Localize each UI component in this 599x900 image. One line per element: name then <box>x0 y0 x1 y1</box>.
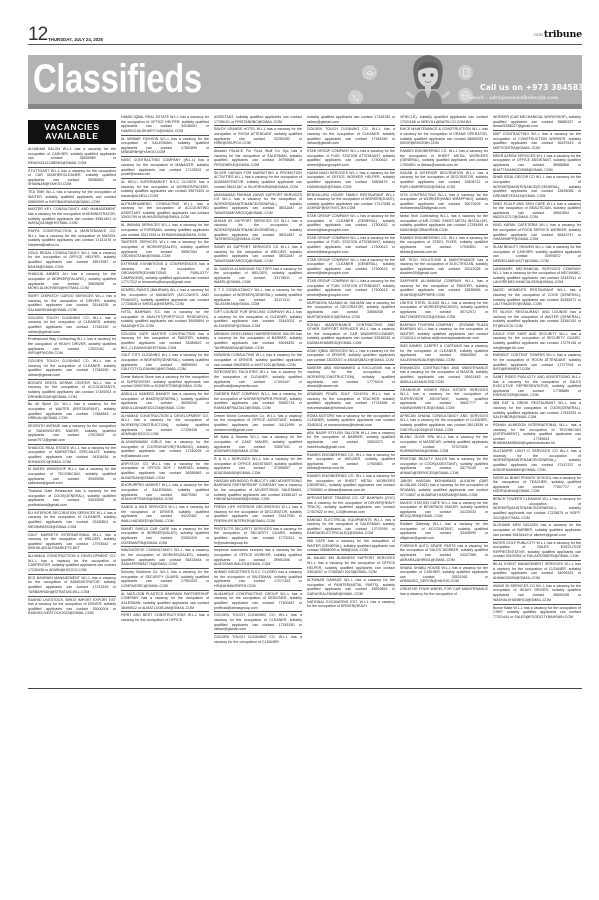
classified-ad: BENGALURU HOUSE FAMILY RESTAURANT W.L.L … <box>307 192 395 214</box>
classified-ad: UNITED STEEL GLASS W.L.L has a vacancy f… <box>400 300 488 322</box>
classified-ad: SANDS & MILE SERVICES W.L.L has a vacanc… <box>121 504 209 526</box>
classified-ad: SAVOY GRANDE HOTEL W.L.L has a vacancy f… <box>214 126 302 148</box>
column-1: VACANCIES AVAILABLE ALHAKAM SALON W.L.L … <box>28 114 116 686</box>
cartoon-woman-illustration <box>406 55 450 107</box>
ad-list: suitably qualified applicants can contac… <box>307 114 395 610</box>
classified-ad: PROTECTS SECURITY SERVICES has a vacancy… <box>214 526 302 548</box>
classified-ad: ABU NASIR STYLISH SALOON W.L.L has a vac… <box>307 430 395 452</box>
classified-ad: SAINT RIDES PUBLICITY AND ADVERTISING W.… <box>493 374 581 400</box>
column-3: ASSISTANT, suitably qualified applicants… <box>214 114 302 686</box>
classified-ad: RT BLOCK RESTAURANT AND LOUNGE has a vac… <box>493 309 581 331</box>
call-us-text: Call us on +973 38458394 <box>480 83 582 92</box>
ad-list: WORKER (CAR MECHANICAL WORKSHOP), suitab… <box>493 114 581 621</box>
classified-ad: EAGLE FOR SAFE AND SECURITY W.L.L has a … <box>493 331 581 353</box>
classified-ad: MR TECH SOLUTIONS & MAINTENANCE has a va… <box>400 257 488 279</box>
ad-list: ALHAKAM SALON W.L.L has a vacancy for th… <box>28 146 116 617</box>
classified-ad: VITA CONTRACTING W.L.L has a vacancy for… <box>400 192 488 214</box>
classified-ad: ALHAMAD CONSTRUCTION & DEVELOPMENT CO. W… <box>121 413 209 439</box>
bottom-rule <box>28 688 582 689</box>
classified-ad: SLAM BEAUTY HEAVEN W.L.L has a vacancy f… <box>493 244 581 266</box>
page-header: 12 THURSDAY, JULY 24, 2025 GDNtribune <box>28 26 582 45</box>
classified-ad: SAGAB & INTERIOR DECORATION W.L.L has a … <box>400 170 488 192</box>
classified-ad: EMCE MAINTENANCE & CONSTRUCTION W.L.L ha… <box>400 126 488 148</box>
classified-ad: KHADIJA AHMED ALI has a vacancy for the … <box>28 271 116 293</box>
classified-ad: GARDEN PAST COMPANY W.L.L has a vacancy … <box>214 391 302 413</box>
classified-ad: ALHAMAD CONSTRUCTION & DEVELOPMENT CO. W… <box>28 553 116 575</box>
classified-ad: WORKER (CAR MECHANICAL WORKSHOP), suitab… <box>493 114 581 131</box>
classified-ad: BOGARI DENTA DERMA CENTER W.L.L has a va… <box>28 380 116 402</box>
classified-ad: GOLDEN TOUCH CLEANING CO. W.L.L has a va… <box>28 315 116 337</box>
classified-ad: AL MISBAR FASHION W.L.L has a vacancy fo… <box>121 136 209 158</box>
classified-ad: GOLD REGAL CONSULTANCY W.L.L has a vacan… <box>28 250 116 272</box>
classified-ad: GOLDEN TOUCH CLEANING CO. W.L.L has a va… <box>214 612 302 634</box>
classifieds-banner: Classifieds Call us on +973 38458394 <box>28 55 582 109</box>
classified-ad: ARPITECH CO W.L.L has a vacancy for the … <box>121 461 209 483</box>
classified-ad: AWAIS 99 SERVICES CO W.L.L has a vacancy… <box>493 583 581 605</box>
heading-line-2: AVAILABLE <box>28 132 116 141</box>
classified-ad: NASS CONTRACTING COMPANY (W.L.L) has a v… <box>121 157 209 179</box>
classified-ad: FIRST AND BEST CONSTRUCTIONS W.L.L has a… <box>121 612 209 623</box>
classified-ad: CREATIVE FOUR WHEEL FOR CAR MAINTENANCE … <box>400 586 488 597</box>
classified-ad: suitably qualified applicants can contac… <box>307 114 395 126</box>
page-date: THURSDAY, JULY 24, 2025 <box>48 37 103 42</box>
classified-ad: AL MATLOOB PLASTICS BAHRAINI PARTNERSHIP… <box>121 591 209 613</box>
classified-ad: ALJAHARAWAN GIRLS has a vacancy for the … <box>121 439 209 461</box>
classified-ad: HITOL BAHRAIN S.C has a vacancy for the … <box>121 309 209 331</box>
classified-ad: Professional Way Contracting W.L.L has a… <box>28 336 116 358</box>
classified-columns: VACANCIES AVAILABLE ALHAKAM SALON W.L.L … <box>28 114 582 686</box>
classified-ad: RAMSIS ENGINEERING CO. W.L.L has a vacan… <box>400 235 488 257</box>
classified-ad: M SAEED WINDSHOP W.L.L has a vacancy for… <box>28 466 116 488</box>
classified-ad: GOLDEN TOUCH CLEANING CO. W.L.L has a va… <box>214 634 302 645</box>
classified-ad: GULF MARKETS INTERNATIONAL W.L.L has a v… <box>28 532 116 554</box>
column-5: VEHICLE), suitably qualified applicants … <box>400 114 488 686</box>
column-4: suitably qualified applicants can contac… <box>307 114 395 686</box>
classified-ad: MATER GOLF PUBLICITY W.L.L has a vacancy… <box>493 540 581 562</box>
classified-ad: RAFFA CONSTRUCTION & MAINTENANCE CO. W.L… <box>28 228 116 250</box>
classified-ad: Inspector automotive services has a vaca… <box>214 547 302 569</box>
logo-text: tribune <box>544 29 582 40</box>
classified-ad: SHABU SHABU HOUSE W.L.L has a vacancy fo… <box>400 565 488 587</box>
classified-ad: NATIONAL EXCAVATING EST. W.L.L has a vac… <box>307 599 395 610</box>
classified-ad: ENHANCED CONTRACTING AND MAINTENANCE has… <box>400 365 488 387</box>
classified-ad: RAMSIS ENGINEERING CO. W.L.L has a vacan… <box>400 148 488 170</box>
classified-ad: AFRICAN GHANA CONSULTANCY AND SERVICES W… <box>400 413 488 435</box>
classified-ad: SEVENTH AVENUE has a vacancy for the occ… <box>28 423 116 445</box>
classified-ad: GULF CITY CLEANING W.L.L has a vacancy f… <box>121 352 209 374</box>
classified-ad: EU INTERIOR DECORATION SERVICES W.L.L ha… <box>28 510 116 532</box>
classified-ad: STAR GROUP COMPANY W.L.L has a vacancy f… <box>307 235 395 257</box>
classified-ad: FOREVER AUTO SPARE PARTS has a vacancy f… <box>400 543 488 565</box>
classified-ad: E T C CONSULTANCY W.L.L has a vacancy fo… <box>214 287 302 309</box>
classified-ad: MENNAH GENTLEMAN HAIRDRESSING SALON has … <box>214 331 302 353</box>
classified-ad: INTEGRATED FACILITIES W.L.L has a vacanc… <box>214 369 302 391</box>
classified-ad: Dome Natural Stone has a vacancy for the… <box>121 374 209 391</box>
classified-ad: INNOVATIEVE CONSULTANCY W.L.L has a vaca… <box>121 547 209 569</box>
classified-ad: BENCH TOWERS CLEANING W.L.L has a vacanc… <box>493 496 581 522</box>
classified-ad: ABDULLA HAMEED BAKARY has a vacancy for … <box>121 391 209 413</box>
classified-ad: ALTWNAR GARAGE W.L.L has a vacancy for t… <box>307 577 395 599</box>
classified-ad: Dream World Construction Co. W.L.L has a… <box>214 413 302 435</box>
classified-ad: AL HELLI SUPERMARKET B.S.C CLOSED has a … <box>121 179 209 201</box>
classified-ad: STAR GROUP COMPANY W.L.L has a vacancy f… <box>307 213 395 235</box>
ad-list: HAMID IQBAL REAL ESTATE W.L.L has a vaca… <box>121 114 209 624</box>
email-text: email : advt@newsofbahrain.com <box>469 96 558 101</box>
classified-ad: ASAD IQBAL SERVICES W.L.L has a vacancy … <box>307 348 395 365</box>
classified-ad: KAHDAD ELECTRICAL EQUIPMENTS W.L.L has a… <box>307 517 395 539</box>
classified-ad: TANTEER SERVICES W.L.L has a vacancy for… <box>121 239 209 261</box>
classified-ad: GOLDEN GATE MASTER CONTRACTING has a vac… <box>121 331 209 353</box>
classified-ad: STAR GROUP COMPANY W.L.L has a vacancy f… <box>307 257 395 279</box>
classified-ad: MASTER KEY CONSULTANCY AND MANAGEMENT ha… <box>28 206 116 228</box>
classified-ad: Bu Ali Spice Co. W.L.L has a vacancy for… <box>28 401 116 423</box>
classified-ad: KOHALI MAINTENANCE CONTRACTING AND OTHER… <box>307 322 395 348</box>
classified-ad: HAMID IQBAL REAL ESTATE W.L.L has a vaca… <box>121 114 209 136</box>
tribune-logo: GDNtribune <box>534 29 582 40</box>
classified-ad: SHAB IDEAL DECOR CO W.L.L has a vacancy … <box>493 174 581 200</box>
classified-ad: STAR GROUP COMPANY W.L.L has a vacancy f… <box>307 278 395 300</box>
classified-ad: BAHRAIN TOURISM COMPANY - CROWNE PLAZA B… <box>400 322 488 344</box>
classified-ad: ROHAN ALMEDON INTERNATIONAL W.L.L has a … <box>493 422 581 448</box>
classified-ad: Thailand Gate Restaurant has a vacancy f… <box>28 488 116 510</box>
classified-ad: HADNI NIAZI SERVICES W.L.L has a vacancy… <box>307 170 395 192</box>
classified-ad: Security Solutions Co. W.L.L has a vacan… <box>121 569 209 591</box>
classified-ad: BCS BAHRAIN MANAGEMENT W.L.L has a vacan… <box>28 575 116 597</box>
classified-ad: BLANC OLIVE SPA W.L.L has a vacancy for … <box>400 434 488 456</box>
classified-ad: APPOINTMENT TRADING CO. OF BAHRAIN (COC)… <box>307 495 395 517</box>
column-2: HAMID IQBAL REAL ESTATE W.L.L has a vaca… <box>121 114 209 686</box>
classified-ad: SULTANPIR LIGHT D SERVICES CO W.L.L has … <box>493 448 581 474</box>
classified-ad: Radiant Gateway W.L.L has a vacancy for … <box>400 521 488 543</box>
classified-ad: AHMAD INDUSTRIES B.S.C CLOSED has a vaca… <box>214 569 302 591</box>
classified-ad: KEMPEL PAINTS (BAHRAIN) W.L.L has a vaca… <box>121 287 209 309</box>
classified-ad: STUTTGART W.L.L has a vacancy for the oc… <box>28 168 116 190</box>
classified-ad: AL WAHAN SERVICES W.L.L has a vacancy fo… <box>121 222 209 239</box>
classified-ad: GOLDEN TOUCH CLEANING CO. W.L.L has a va… <box>307 126 395 148</box>
classified-ad: FRESH LIFE INTERIOR DECORATION W.L.L has… <box>214 504 302 526</box>
classified-ad: SWIFT DISPATCH CARGO SERVICES W.L.L has … <box>28 293 116 315</box>
classified-ad: ASSISTANT, suitably qualified applicants… <box>214 114 302 126</box>
classified-ad: SILVER HURAIN FOR MARKETING & PROMOTION … <box>214 170 302 192</box>
classified-ad: EMINENT CONTENT TOWERS W.L.L has a vacan… <box>493 352 581 374</box>
classified-ad: Mr Nails & Sweets W.L.L has a vacancy fo… <box>214 434 302 456</box>
ad-list: ASSISTANT, suitably qualified applicants… <box>214 114 302 646</box>
classified-ad: LANDMARK MECHANICAL SERVICES COMPANY W.L… <box>493 266 581 288</box>
classified-ad: HASSAN MEHMOOD PUBLICITY AND ADVERTISING… <box>214 478 302 504</box>
phone-icon <box>348 90 363 105</box>
classified-ad: SAPPHIRE ALUMINIUM COMPANY W.L.L has a v… <box>400 278 488 300</box>
classified-ad: KING KARAK CAFETERIA W.L.L has a vacancy… <box>493 222 581 244</box>
classified-ad: AL MAJAD 359 BUSINESS SUPPORT SERVICES W… <box>307 555 395 577</box>
classified-ad: NOOR AL BHAR PRIVATE SCHOOL has a vacanc… <box>493 475 581 497</box>
classified-ad: PRISTINE BEAUTY SALON has a vacancy for … <box>400 456 488 478</box>
classified-ad: INSAR 83 SUPPORT SERVICES CO W.L.L has a… <box>214 244 302 266</box>
classified-ad: 568 CAFE has a vacancy for the occupatio… <box>307 538 395 555</box>
classified-ad: MUHAMMAD FARHAN ZAFAR SUPPORT SERVICES C… <box>214 192 302 218</box>
classified-ad: SHAIDOC REAL ESTATE W.L.L has a vacancy … <box>28 445 116 467</box>
classified-ad: MSP CONTRACTING W.L.L has a vacancy for … <box>493 131 581 153</box>
vacancies-available-heading: VACANCIES AVAILABLE <box>28 120 116 144</box>
classified-ad: ALMAHRUS CONTRACTING GROUP W.L.L has a v… <box>214 591 302 613</box>
classified-ad: MAJDO STATION CAFE W.L.L has a vacancy f… <box>400 500 488 522</box>
classified-ad: WM EAT & DRINK RESTAURANT W.L.L has a va… <box>493 400 581 422</box>
classified-ad: TEA TIME W.L.L has a vacancy for the occ… <box>28 189 116 206</box>
mobile-icon <box>458 65 473 80</box>
classified-ad: ALGHAIMI MEN SALOON has a vacancy for th… <box>493 522 581 539</box>
classified-ad: MURTADHA SALMAN AL SALMAN has a vacancy … <box>307 300 395 322</box>
classified-ad: MEER AZEEM SERVICES W.L.L has a vacancy … <box>493 153 581 175</box>
classified-ad: EXTREME EXHIBITIONS & CONFERENCES has a … <box>121 261 209 287</box>
ad-list: VEHICLE), suitably qualified applicants … <box>400 114 488 598</box>
classified-ad: Metal Tech Contracting W.L.L has a vacan… <box>400 213 488 235</box>
classified-ad: SMS AHMED CARPET & CURTAINS has a vacanc… <box>400 343 488 365</box>
classified-ad: ALPHARHUMENIC CONSULTING W.L.L has a vac… <box>121 201 209 223</box>
classified-ad: ALHAKAM SALON W.L.L has a vacancy for th… <box>28 146 116 168</box>
classified-ad: GRANDEUR HOMES REAL ESTATE SERVICES W.L.… <box>400 387 488 413</box>
classified-ad: AL SAADYA ALUMINIUM FACTORY has a vacanc… <box>214 266 302 288</box>
classified-ad: BILAL EVENT MANAGEMENT SERVICES W.L.L ha… <box>493 561 581 583</box>
mail-icon <box>362 65 377 80</box>
classified-ad: STAR GROUP COMPANY W.L.L has a vacancy f… <box>307 148 395 170</box>
classified-ad: NASEER ABD MOHAMMED & EXCLUSIVE has a va… <box>307 365 395 391</box>
classified-ad: JABOR HASSAN MOHAMMAD ALKADHI (DAR ALSAL… <box>400 478 488 500</box>
classified-ad: GIFT LOUNGE FOR DRILLING COMPANY W.L.L h… <box>214 309 302 331</box>
column-6: WORKER (CAR MECHANICAL WORKSHOP), suitab… <box>493 114 581 686</box>
classified-ad: Bunce Bake W.L.L has a vacancy for the o… <box>493 605 581 621</box>
classified-ad: SHOPURPRO MARKET W.L.L has a vacancy for… <box>121 482 209 504</box>
classified-ad: NOWSHA CONSULTING W.L.L has a vacancy fo… <box>214 352 302 369</box>
classified-ad: RAMSIS ENGINEERING CO. W.L.L has a vacan… <box>307 473 395 495</box>
banner-bottom-strip <box>28 104 582 109</box>
classified-ad: MAGIC MOMENTS RESTAURANT W.L.L has a vac… <box>493 287 581 309</box>
classified-ad: SMART SHIELD CAR CARE has a vacancy for … <box>121 526 209 548</box>
classified-ad: AHSAN 83 SUPPORT SERVICES CO W.L.L has a… <box>214 218 302 244</box>
newspaper-page: 12 THURSDAY, JULY 24, 2025 GDNtribune Cl… <box>28 0 582 900</box>
classified-ad: SIMO SCALP AND SKIN CARE W.L.L has a vac… <box>493 201 581 223</box>
classified-ad: RAMSIS ENGINEERING CO. W.L.L has a vacan… <box>307 452 395 474</box>
logo-prefix: GDN <box>534 32 543 37</box>
classified-ad: R & N L SERVICES W.L.L has a vacancy for… <box>214 456 302 478</box>
classified-ad: RASHID LIVESTOCK, BIRDS IMPORT EXPORT ES… <box>28 597 116 618</box>
classified-ad: ARABIAN PEARL GULF SCHOOL W.L.L has a va… <box>307 391 395 413</box>
classified-ad: Alwalah PALACE For Food Stuff Co Spc has… <box>214 148 302 170</box>
classified-ad: VEHICLE), suitably qualified applicants … <box>400 114 488 126</box>
banner-title: Classifieds <box>33 55 202 105</box>
page-number: 12 <box>28 24 47 46</box>
classified-ad: ROMA MOTORS has a vacancy for the occupa… <box>307 413 395 430</box>
classified-ad: GOLDEN TOUCH CLEANING CO. W.L.L has a va… <box>28 358 116 380</box>
